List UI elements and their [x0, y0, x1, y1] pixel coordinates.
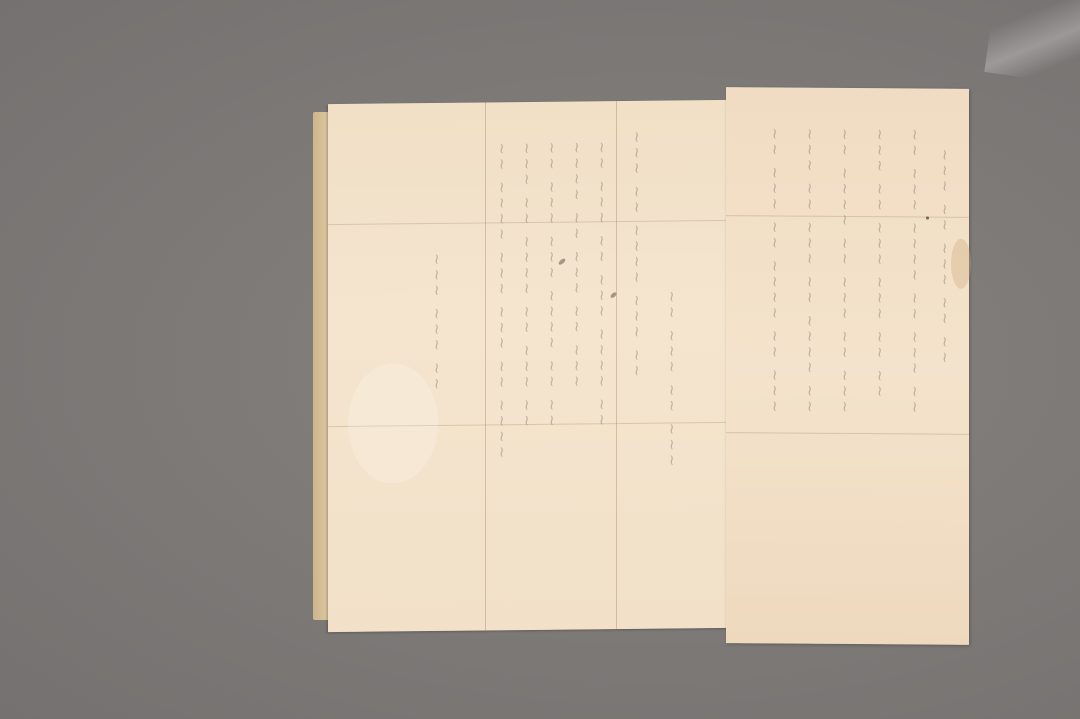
dot-mark [926, 217, 929, 220]
faint-handwriting: ~~ ~~~ ~~ ~~~ [663, 290, 681, 580]
faint-handwriting: ~~ ~~~ ~~ ~~~~ ~~ ~~~ [766, 127, 784, 607]
letter-document: ~~~ ~~~ ~~ ~~ ~~~~ ~~~ ~~~ ~~ ~~~~ ~~~ ~… [0, 0, 1080, 719]
light-spot [348, 363, 438, 484]
faint-handwriting: ~~~ ~~ ~~~~ ~~~ ~~ [628, 131, 646, 571]
letter-left-half: ~~~ ~~~ ~~ ~~ ~~~~ ~~~ ~~~ ~~ ~~~~ ~~~ ~… [328, 100, 730, 632]
faint-handwriting: ~~~ ~~ ~~~~ ~~ ~~~ ~~ [518, 142, 536, 582]
vertical-fold [616, 101, 617, 629]
faint-handwriting: ~~ ~~~~ ~~~ ~~~ ~~ ~~~~ [493, 142, 511, 582]
faint-handwriting: ~~~ ~~ ~~~ ~~ ~~ [936, 149, 954, 589]
faint-handwriting: ~~~~ ~~ ~~~ ~~ ~~~ [568, 141, 586, 581]
letter-right-half: ~~ ~~~ ~~ ~~~~ ~~ ~~~ ~~~ ~~ ~~~ ~~ ~~~~… [726, 87, 969, 645]
faint-handwriting: ~~ ~~~ ~~ ~~~ ~~~~ ~~ [593, 141, 611, 581]
faint-handwriting: ~~~ ~~ ~~~ ~~ ~~~~ ~~ [801, 128, 819, 608]
edge-stain [951, 239, 971, 289]
faint-handwriting: ~~ ~~~ ~~~ ~~~~ ~~ ~~ [543, 142, 561, 582]
faint-handwriting: ~~~ ~~ ~~~ ~~~ ~~ ~~ [871, 128, 889, 608]
vertical-fold [485, 102, 486, 630]
faint-handwriting: ~~ ~~~~ ~~ ~~~ ~~ ~~~ [836, 128, 854, 608]
faint-handwriting: ~~ ~~~ ~~~~ ~~ ~~~ ~~ [906, 128, 924, 608]
